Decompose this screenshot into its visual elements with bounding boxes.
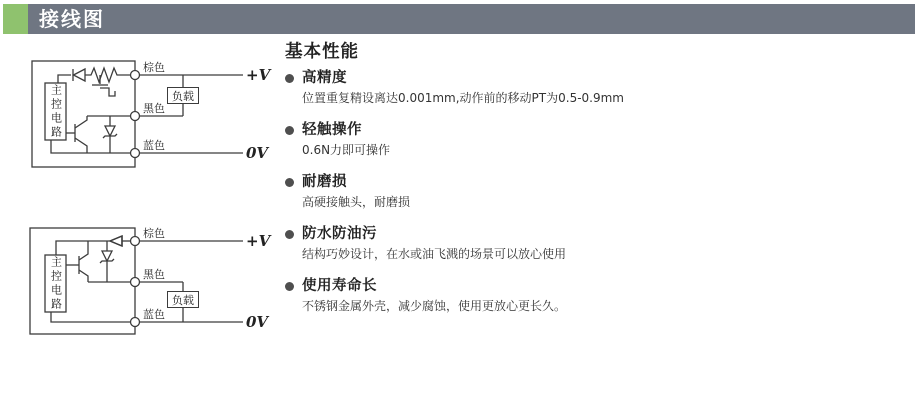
- bullet-dot-icon: [285, 126, 294, 135]
- bullet-dot-icon: [285, 178, 294, 187]
- bullet-dot-icon: [285, 282, 294, 291]
- terminal-brown: [131, 237, 140, 246]
- terminal-black: [131, 112, 140, 121]
- feature-heading: 防水防油污: [302, 224, 377, 244]
- zero-v-label: 0V: [246, 145, 268, 161]
- section-header: 接线图: [3, 4, 915, 34]
- plus-v-label: +V: [246, 233, 270, 249]
- terminal-blue: [131, 149, 140, 158]
- main-circuit-label: 主控电路: [45, 83, 66, 140]
- plus-v-label: +V: [246, 67, 270, 83]
- header-accent-square: [3, 4, 28, 34]
- feature-item-wear-resistant: 耐磨损 高硬接触头，耐磨损: [285, 172, 905, 211]
- feature-item-long-life: 使用寿命长 不锈钢金属外壳，减少腐蚀，使用更放心更长久。: [285, 276, 905, 315]
- feature-description: 位置重复精设离达0.001mm,动作前的移动PT为0.5-0.9mm: [302, 90, 905, 107]
- main-circuit-label: 主控电路: [45, 255, 66, 312]
- features-title: 基本性能: [285, 40, 905, 64]
- wire-label-brown: 棕色: [143, 61, 165, 74]
- feature-heading: 使用寿命长: [302, 276, 377, 296]
- feature-heading: 耐磨损: [302, 172, 347, 192]
- terminal-black: [131, 278, 140, 287]
- zero-v-label: 0V: [246, 314, 268, 330]
- header-bar: 接线图: [28, 4, 915, 34]
- bullet-dot-icon: [285, 230, 294, 239]
- wire-label-brown: 棕色: [143, 227, 165, 240]
- wiring-diagram-pnp: 主控电路 棕色 黑色 蓝色 负载 +V 0V: [25, 225, 280, 345]
- feature-heading: 轻触操作: [302, 120, 362, 140]
- feature-heading: 高精度: [302, 68, 347, 88]
- bullet-dot-icon: [285, 74, 294, 83]
- load-box: 负载: [167, 291, 199, 308]
- page-title: 接线图: [39, 7, 105, 31]
- terminal-brown: [131, 71, 140, 80]
- wiring-diagram-npn: 主控电路 棕色 黑色 蓝色 负载 +V 0V: [25, 55, 280, 175]
- terminal-blue: [131, 318, 140, 327]
- feature-item-precision: 高精度 位置重复精设离达0.001mm,动作前的移动PT为0.5-0.9mm: [285, 68, 905, 107]
- features-section: 基本性能 高精度 位置重复精设离达0.001mm,动作前的移动PT为0.5-0.…: [285, 40, 905, 328]
- feature-description: 结构巧妙设计，在水或油飞溅的场景可以放心使用: [302, 246, 905, 263]
- wire-label-blue: 蓝色: [143, 139, 165, 152]
- feature-description: 0.6N力即可操作: [302, 142, 905, 159]
- wire-label-blue: 蓝色: [143, 308, 165, 321]
- feature-description: 高硬接触头，耐磨损: [302, 194, 905, 211]
- feature-description: 不锈钢金属外壳，减少腐蚀，使用更放心更长久。: [302, 298, 905, 315]
- wire-label-black: 黑色: [143, 268, 165, 281]
- wire-label-black: 黑色: [143, 102, 165, 115]
- load-box: 负载: [167, 87, 199, 104]
- feature-item-light-touch: 轻触操作 0.6N力即可操作: [285, 120, 905, 159]
- feature-item-waterproof: 防水防油污 结构巧妙设计，在水或油飞溅的场景可以放心使用: [285, 224, 905, 263]
